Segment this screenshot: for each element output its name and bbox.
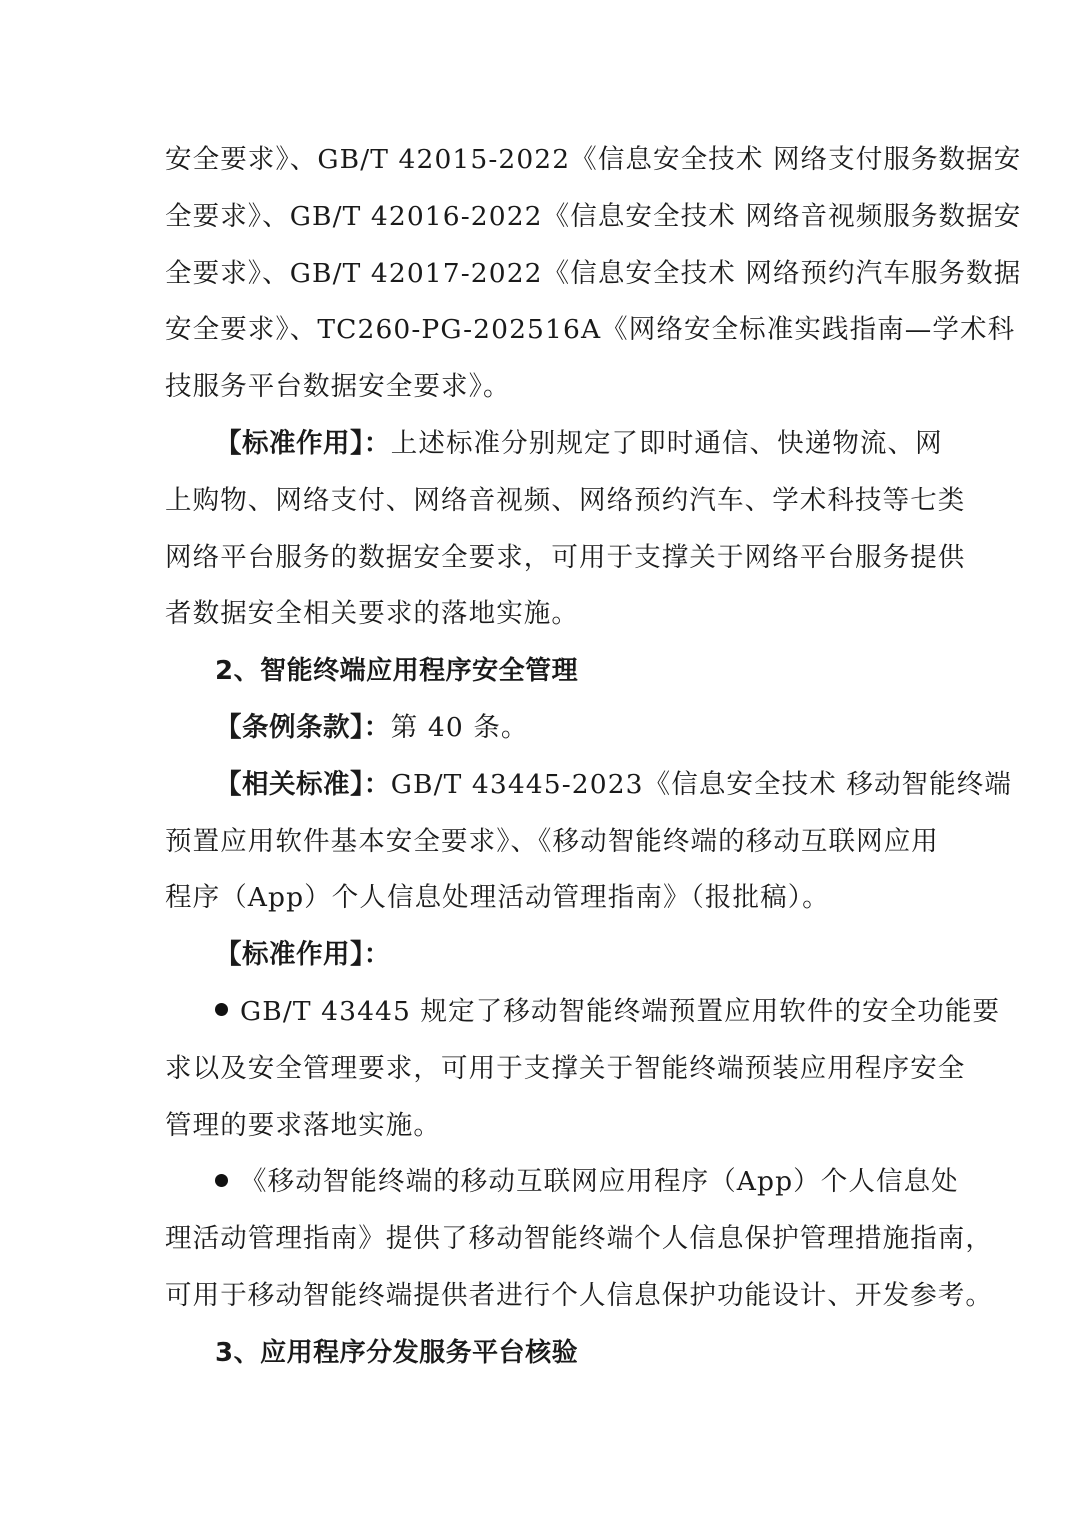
paragraph-line: 安全要求》、GB/T 42015-2022《信息安全技术 网络支付服务数据安 [165,138,917,195]
standard-role-label: 【标准作用】： [215,428,391,459]
standard-role-label: 【标准作用】： [215,939,391,970]
paragraph-text: GB/T 43445-2023《信息安全技术 移动智能终端 [391,769,1012,800]
bullet-icon [215,1174,228,1187]
standard-role-paragraph: 【标准作用】： [165,933,917,990]
clause-value: 第 40 条。 [391,712,529,743]
related-standards-label: 【相关标准】： [215,769,391,800]
clause-label: 【条例条款】： [215,712,391,743]
paragraph-line: 全要求》、GB/T 42016-2022《信息安全技术 网络音视频服务数据安 [165,195,917,252]
paragraph-text: 上述标准分别规定了即时通信、快递物流、网 [391,428,943,459]
section-heading: 2、智能终端应用程序安全管理 [165,649,917,706]
bullet-item: 《移动智能终端的移动互联网应用程序（App）个人信息处 [165,1160,917,1217]
paragraph-line: 可用于移动智能终端提供者进行个人信息保护功能设计、开发参考。 [165,1274,917,1331]
paragraph-line: 求以及安全管理要求，可用于支撑关于智能终端预装应用程序安全 [165,1047,917,1104]
paragraph-line: 全要求》、GB/T 42017-2022《信息安全技术 网络预约汽车服务数据 [165,252,917,309]
section-heading: 3、应用程序分发服务平台核验 [165,1331,917,1388]
bullet-text: GB/T 43445 规定了移动智能终端预置应用软件的安全功能要 [240,996,1000,1027]
document-page: 安全要求》、GB/T 42015-2022《信息安全技术 网络支付服务数据安 全… [165,138,917,1388]
related-standards-paragraph: 【相关标准】：GB/T 43445-2023《信息安全技术 移动智能终端 [165,763,917,820]
paragraph-line: 程序（App）个人信息处理活动管理指南》（报批稿）。 [165,876,917,933]
bullet-item: GB/T 43445 规定了移动智能终端预置应用软件的安全功能要 [165,990,917,1047]
paragraph-line: 安全要求》、TC260-PG-202516A《网络安全标准实践指南—学术科 [165,308,917,365]
bullet-text: 《移动智能终端的移动互联网应用程序（App）个人信息处 [240,1166,959,1197]
bullet-icon [215,1003,228,1016]
paragraph-line: 管理的要求落地实施。 [165,1104,917,1161]
paragraph-line: 网络平台服务的数据安全要求，可用于支撑关于网络平台服务提供 [165,536,917,593]
standard-role-paragraph: 【标准作用】：上述标准分别规定了即时通信、快递物流、网 [165,422,917,479]
paragraph-line: 上购物、网络支付、网络音视频、网络预约汽车、学术科技等七类 [165,479,917,536]
paragraph-line: 预置应用软件基本安全要求》、《移动智能终端的移动互联网应用 [165,820,917,877]
clause-paragraph: 【条例条款】：第 40 条。 [165,706,917,763]
paragraph-line: 者数据安全相关要求的落地实施。 [165,592,917,649]
paragraph-line: 理活动管理指南》提供了移动智能终端个人信息保护管理措施指南， [165,1217,917,1274]
paragraph-line: 技服务平台数据安全要求》。 [165,365,917,422]
